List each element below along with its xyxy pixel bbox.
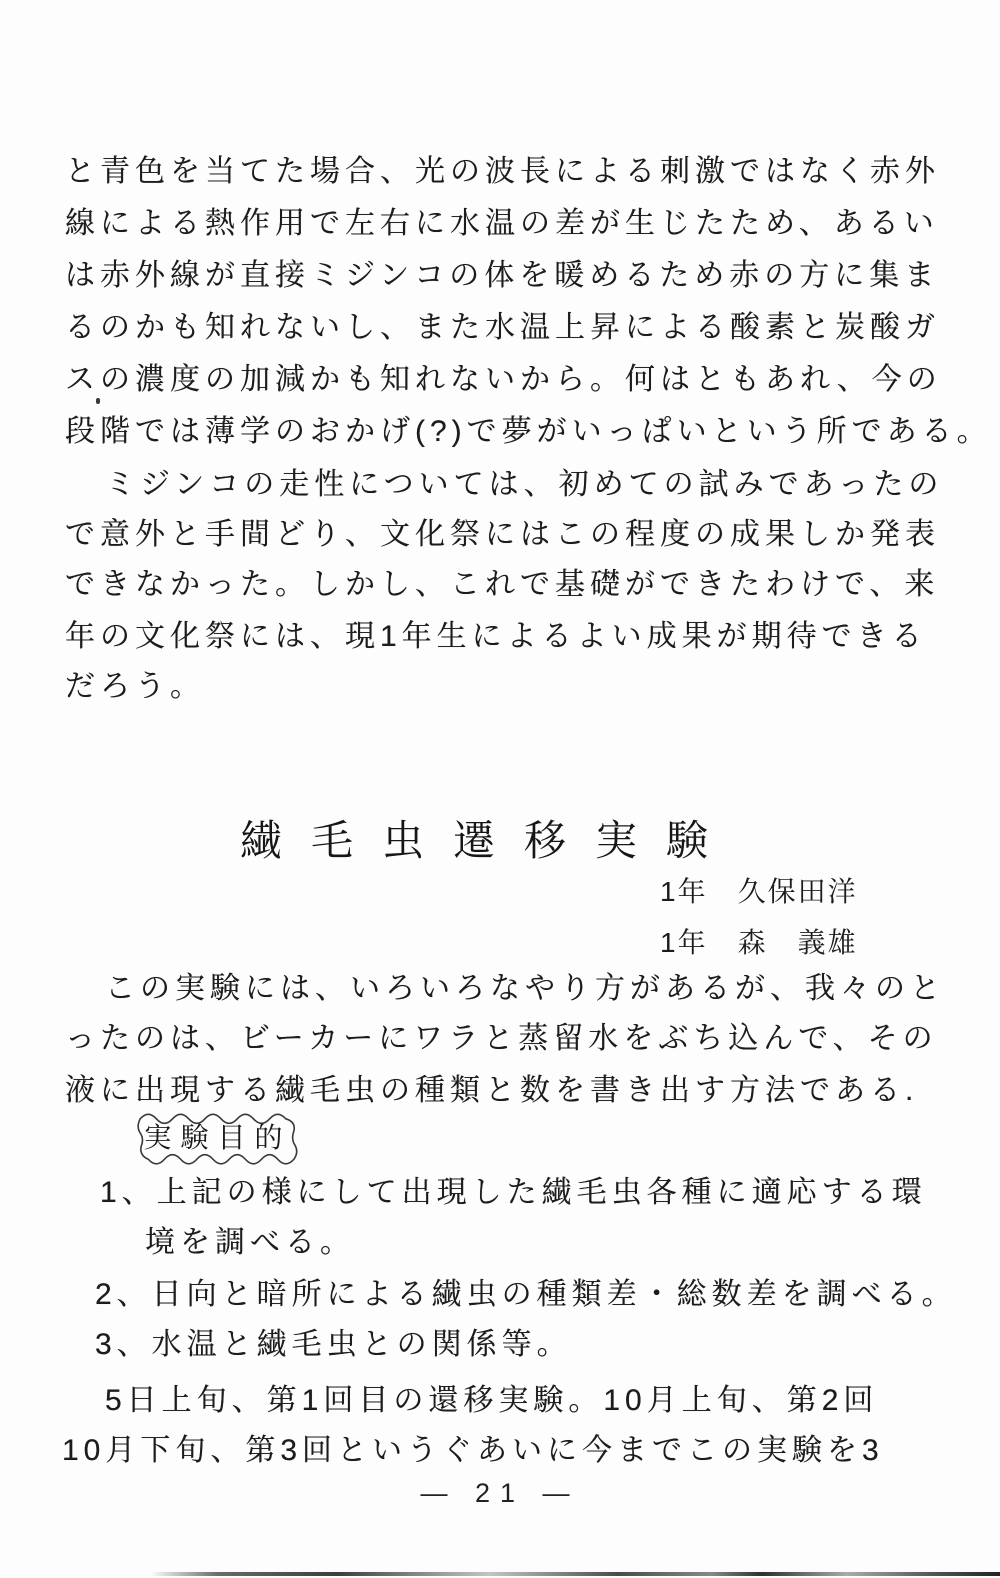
paragraph1-line2: 線による熱作用で左右に水温の差が生じたため、あるい bbox=[65, 207, 939, 241]
author-line-2: 1年 森 義雄 bbox=[660, 921, 858, 961]
paragraph2-line3: できなかった。しかし、これで基礎ができたわけで、来 bbox=[65, 568, 939, 602]
purpose-item3: 3、水温と繊毛虫との関係等。 bbox=[95, 1328, 572, 1362]
ink-speck bbox=[96, 398, 100, 404]
paragraph1-line6: 段階では薄学のおかげ(?)で夢がいっぱいという所である。 bbox=[65, 415, 992, 449]
purpose-item2: 2、日向と暗所による繊虫の種類差・総数差を調べる。 bbox=[95, 1278, 957, 1312]
paragraph3-line3: 液に出現する繊毛虫の種類と数を書き出す方法である. bbox=[65, 1074, 918, 1108]
paragraph3-line1: この実験には、いろいろなやり方があるが、我々のと bbox=[105, 972, 945, 1006]
purpose-item1-line1: 1、上記の様にして出現した繊毛虫各種に適応する環 bbox=[100, 1176, 927, 1210]
page-number: — 21 — bbox=[0, 1478, 1000, 1509]
report-title: 繊毛虫遷移実験 bbox=[240, 808, 737, 868]
paragraph2-line5: だろう。 bbox=[65, 670, 205, 704]
paragraph1-line1: と青色を当てた場合、光の波長による刺激ではなく赤外 bbox=[65, 155, 940, 189]
paragraph3-line2: ったのは、ビーカーにワラと蒸留水をぶち込んで、その bbox=[65, 1022, 938, 1056]
purpose-item1-line2: 境を調べる。 bbox=[145, 1226, 355, 1260]
paragraph1-line4: るのかも知れないし、また水温上昇による酸素と炭酸ガ bbox=[65, 311, 940, 345]
purpose-header-box: 実験目的 bbox=[124, 1104, 302, 1168]
scanned-document-page: と青色を当てた場合、光の波長による刺激ではなく赤外 線による熱作用で左右に水温の… bbox=[0, 0, 1000, 1578]
purpose-header-label: 実験目的 bbox=[134, 1116, 291, 1156]
paragraph2-line2: で意外と手間どり、文化祭にはこの程度の成果しか発表 bbox=[65, 518, 940, 552]
paragraph1-line5: スの濃度の加減かも知れないから。何はともあれ、今の bbox=[65, 363, 942, 397]
author-line-1: 1年 久保田洋 bbox=[660, 870, 858, 910]
paragraph2-line4: 年の文化祭には、現1年生によるよい成果が期待できる bbox=[65, 620, 927, 654]
scan-edge-artifact bbox=[150, 1572, 1000, 1576]
paragraph4-line1: 5日上旬、第1回目の還移実験。10月上旬、第2回 bbox=[105, 1384, 878, 1418]
paragraph1-line3: は赤外線が直接ミジンコの体を暖めるため赤の方に集ま bbox=[65, 259, 939, 293]
paragraph4-line2: 10月下旬、第3回というぐあいに今までこの実験を3 bbox=[62, 1434, 884, 1468]
paragraph2-line1: ミジンコの走性については、初めての試みであったの bbox=[105, 468, 943, 502]
